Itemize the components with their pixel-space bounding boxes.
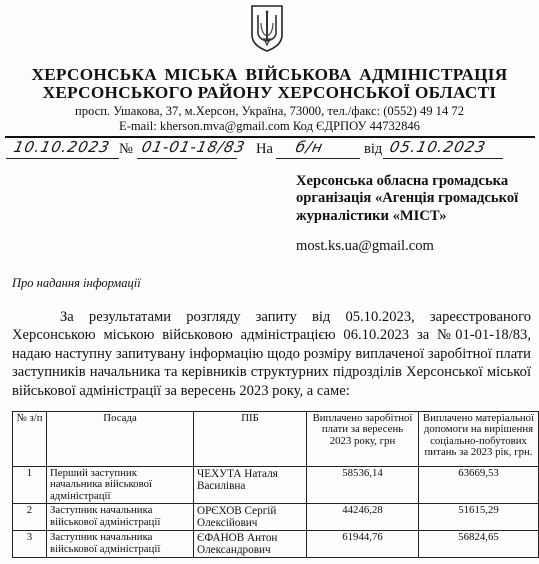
header-aid: Виплачено матеріальної допомоги на виріш… (419, 412, 539, 467)
recipient-line1: Херсонська обласна громадська (296, 173, 536, 190)
recipient-block: Херсонська обласна громадська організаці… (296, 173, 536, 225)
in-reply-number: б/н (294, 138, 325, 156)
table-row: 3 Заступник начальника військової адміні… (13, 531, 539, 558)
in-reply-date: 05.10.2023 (388, 138, 488, 156)
header-salary: Виплачено заробітної плати за вересень 2… (307, 412, 419, 467)
row-name: ЧЕХУТА Наталя Василівна (194, 467, 307, 504)
row-position: Заступник начальника військової адмініст… (47, 504, 194, 531)
from-date-underline (383, 158, 503, 159)
trident-emblem-icon (249, 3, 285, 53)
letter-page: ХЕРСОНСЬКА МІСЬКА ВІЙСЬКОВА АДМІНІСТРАЦІ… (0, 0, 539, 564)
row-salary: 61944,76 (307, 531, 419, 558)
header-name: ПІБ (194, 412, 307, 467)
table-row: 1 Перший заступник начальника військової… (13, 467, 539, 504)
row-number: 3 (13, 531, 47, 558)
row-salary: 58536,14 (307, 467, 419, 504)
row-aid: 56824,65 (419, 531, 539, 558)
header-number: № з/п (13, 412, 47, 467)
reply-underline (276, 158, 360, 159)
row-name: ЄФАНОВ Антон Олександрович (194, 531, 307, 558)
row-name: ОРЄХОВ Сергій Олексійович (194, 504, 307, 531)
header-position: Посада (47, 412, 194, 467)
recipient-email: most.ks.ua@gmail.com (296, 238, 434, 255)
outgoing-date: 10.10.2023 (12, 138, 112, 156)
row-position: Заступник начальника військової адмініст… (47, 531, 194, 558)
org-contact: E-mail: kherson.mva@gmail.com Код ЄДРПОУ… (0, 119, 539, 133)
number-underline (137, 158, 237, 159)
from-label: від (364, 141, 382, 158)
row-number: 1 (13, 467, 47, 504)
in-reply-label: На (256, 141, 273, 158)
recipient-line3: журналістики «МІСТ» (296, 208, 536, 225)
row-aid: 51615,29 (419, 504, 539, 531)
row-number: 2 (13, 504, 47, 531)
org-address: просп. Ушакова, 37, м.Херсон, Україна, 7… (0, 104, 539, 118)
number-label: № (119, 141, 133, 158)
table-header-row: № з/п Посада ПІБ Виплачено заробітної пл… (13, 412, 539, 467)
salary-table: № з/п Посада ПІБ Виплачено заробітної пл… (12, 411, 539, 558)
table-row: 2 Заступник начальника військової адміні… (13, 504, 539, 531)
registration-line: 10.10.2023 № 01-01-18/83 На б/н від 05.1… (0, 137, 539, 161)
row-salary: 44246,28 (307, 504, 419, 531)
subject-line: Про надання інформації (12, 276, 141, 291)
body-paragraph: За результатами розгляду запиту від 05.1… (12, 308, 531, 400)
outgoing-number: 01-01-18/83 (140, 138, 247, 156)
org-title-line1: ХЕРСОНСЬКА МІСЬКА ВІЙСЬКОВА АДМІНІСТРАЦІ… (0, 66, 539, 84)
date-underline (6, 158, 119, 159)
recipient-line2: організація «Агенція громадської (296, 190, 536, 207)
row-aid: 63669,53 (419, 467, 539, 504)
org-title-line2: ХЕРСОНСЬКОГО РАЙОНУ ХЕРСОНСЬКОЇ ОБЛАСТІ (0, 84, 539, 102)
row-position: Перший заступник начальника військової а… (47, 467, 194, 504)
